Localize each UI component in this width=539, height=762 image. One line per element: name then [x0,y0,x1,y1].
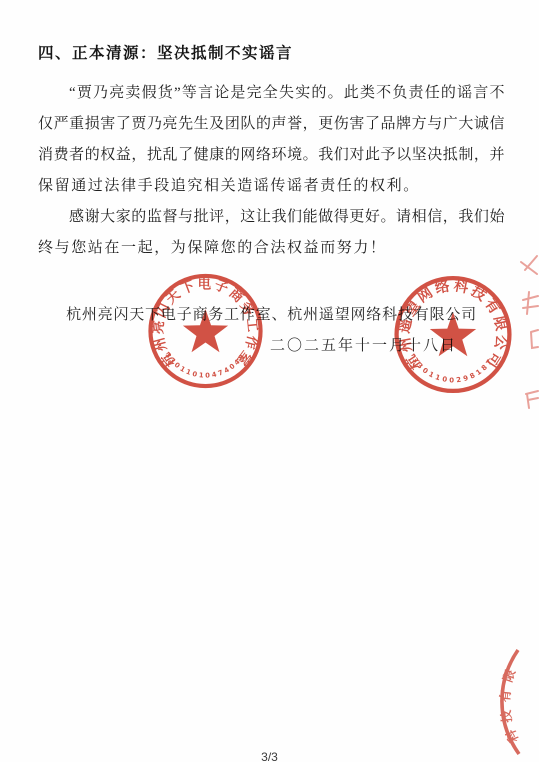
seal-star-icon [430,312,476,356]
scanned-statement-page: 四、正本清源：坚决抵制不实谣言 “贾乃亮卖假货”等言论是完全失实的。此类不负责任… [0,0,539,762]
paragraph-line: 感谢大家的监督与批评，这让我们能做得更好。请相信，我们始 [38,202,505,233]
paragraph-line: 消费者的权益，扰乱了健康的网络环境。我们对此予以坚决抵制，并 [38,140,505,171]
paragraph-line: “贾乃亮卖假货”等言论是完全失实的。此类不负责任的谣言不 [38,78,505,109]
paragraph-line: 终与您站在一起，为保障您的合法权益而努力！ [38,233,505,264]
company-seal-right: 杭州遥望网络科技有限公司 3301100298187 [392,273,514,396]
paragraph-2: 感谢大家的监督与批评，这让我们能做得更好。请相信，我们始 终与您站在一起，为保障… [38,202,505,264]
edge-stamp-fragment-mid [509,248,539,458]
paragraph-line: 保留通过法律手段追究相关造谣传谣者责任的权利。 [38,171,505,202]
edge-stamp-fragment-bottom: 科技有限 [492,644,539,762]
paragraph-line: 仅严重损害了贾乃亮先生及团队的声誉，更伤害了品牌方与广大诚信 [38,109,505,140]
paragraph-1: “贾乃亮卖假货”等言论是完全失实的。此类不负责任的谣言不 仅严重损害了贾乃亮先生… [38,78,505,202]
seal-star-icon [183,309,228,352]
page-number: 3/3 [261,750,278,762]
company-seal-left: 杭州亮闪天下电子商务工作室 33011010474048 [146,271,265,391]
section-heading: 四、正本清源：坚决抵制不实谣言 [38,44,505,64]
